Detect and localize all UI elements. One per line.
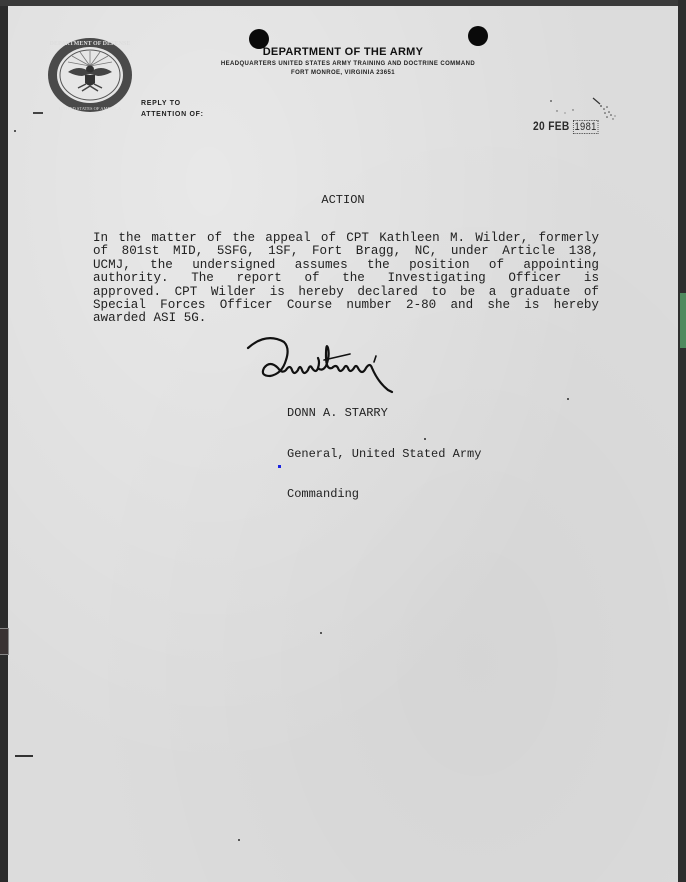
- scan-speck: [320, 632, 322, 634]
- margin-dash-mark-top: [33, 112, 43, 114]
- letterhead-title: DEPARTMENT OF THE ARMY: [0, 46, 686, 58]
- scan-right-edge: [678, 0, 686, 882]
- date-stamp-year: 1981: [573, 120, 599, 134]
- scan-speck: [424, 438, 426, 440]
- document-heading: ACTION: [0, 193, 686, 207]
- document-body: In the matter of the appeal of CPT Kathl…: [93, 232, 599, 326]
- signer-name: DONN A. STARRY: [287, 407, 481, 421]
- scan-speck-blue: [278, 465, 281, 468]
- punch-hole-icon: [468, 26, 488, 46]
- body-line: Special Forces Officer Course number 2-8…: [93, 299, 599, 312]
- reply-to-line-1: REPLY TO: [141, 98, 204, 109]
- signer-role: Commanding: [287, 488, 481, 502]
- letterhead-subtitle: HEADQUARTERS UNITED STATES ARMY TRAINING…: [0, 61, 686, 67]
- body-line: of 801st MID, 5SFG, 1SF, Fort Bragg, NC,…: [93, 245, 599, 258]
- binder-clip-mark: [0, 628, 9, 655]
- body-line: In the matter of the appeal of CPT Kathl…: [93, 232, 599, 245]
- body-line: approved. CPT Wilder is hereby declared …: [93, 286, 599, 299]
- body-line: awarded ASI 5G.: [93, 312, 599, 325]
- signature-block: DONN A. STARRY General, United Stated Ar…: [287, 380, 481, 515]
- date-stamp: 20 FEB 1981: [533, 119, 598, 133]
- margin-dash-mark: [15, 755, 33, 757]
- reply-to-line-2: ATTENTION OF:: [141, 109, 204, 120]
- svg-text:UNITED STATES OF AMERICA: UNITED STATES OF AMERICA: [59, 106, 122, 111]
- reply-to-label: REPLY TO ATTENTION OF:: [141, 98, 204, 120]
- letterhead-address: FORT MONROE, VIRGINIA 23651: [0, 70, 686, 76]
- date-stamp-day-month: 20 FEB: [533, 119, 570, 133]
- body-line: authority. The report of the Investigati…: [93, 272, 599, 285]
- signer-title: General, United Stated Army: [287, 448, 481, 462]
- body-line: UCMJ, the undersigned assumes the positi…: [93, 259, 599, 272]
- scan-speck: [238, 839, 240, 841]
- scan-speck: [14, 130, 16, 132]
- scan-speck: [567, 398, 569, 400]
- green-tab-marker: [680, 293, 686, 348]
